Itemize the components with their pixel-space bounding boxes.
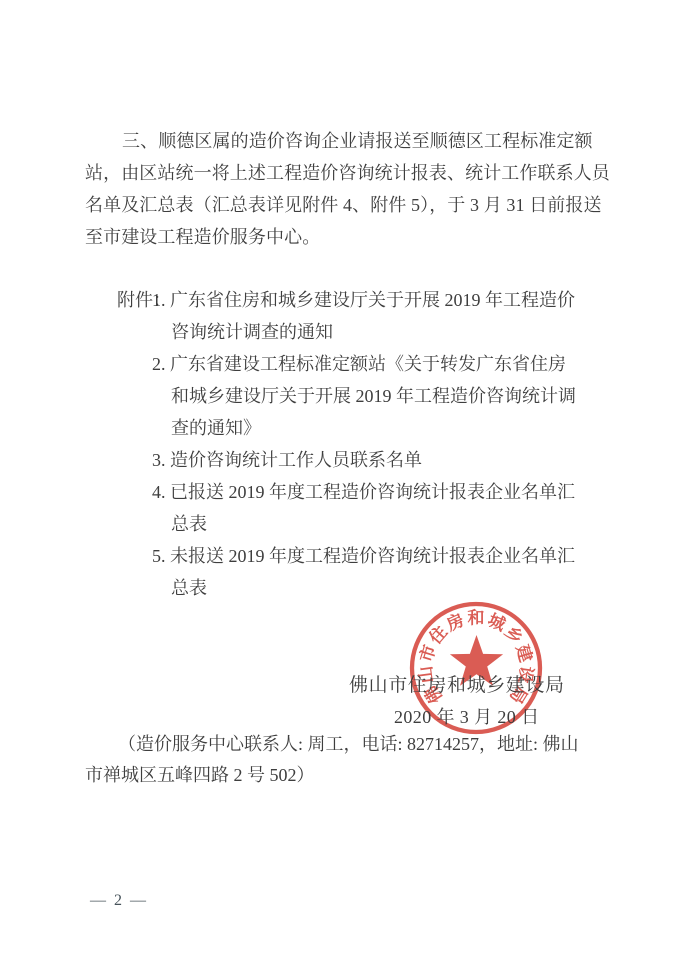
page-number: — 2 — (90, 892, 148, 910)
contact-line: （造价服务中心联系人: 周工，电话: 82714257，地址: 佛山 (85, 729, 625, 760)
main-paragraph: 三、顺德区属的造价咨询企业请报送至顺德区工程标准定额 站，由区站统一将上述工程造… (85, 125, 625, 253)
attachment-line: 总表 (171, 508, 622, 540)
issue-date: 2020 年 3 月 20 日 (394, 702, 540, 732)
attachment-line: 3. 造价咨询统计工作人员联系名单 (152, 444, 622, 476)
attachment-line: 总表 (171, 572, 622, 604)
paragraph-line: 名单及汇总表（汇总表详见附件 4、附件 5），于 3 月 31 日前报送 (85, 189, 625, 221)
paragraph-line: 三、顺德区属的造价咨询企业请报送至顺德区工程标准定额 (85, 125, 625, 157)
seal-arc-char: 市 (416, 642, 440, 664)
attachment-line: 和城乡建设厅关于开展 2019 年工程造价咨询统计调 (171, 380, 622, 412)
seal-arc-char: 和 (468, 609, 485, 628)
paragraph-line: 站，由区站统一将上述工程造价咨询统计报表、统计工作联系人员 (85, 157, 625, 189)
attachment-line: 咨询统计调查的通知 (171, 316, 622, 348)
document-page: 三、顺德区属的造价咨询企业请报送至顺德区工程标准定额 站，由区站统一将上述工程造… (0, 0, 680, 962)
attachment-line: 5. 未报送 2019 年度工程造价咨询统计报表企业名单汇 (152, 540, 622, 572)
attachment-line: 4. 已报送 2019 年度工程造价咨询统计报表企业名单汇 (152, 476, 622, 508)
attachment-line: 2. 广东省建设工程标准定额站《关于转发广东省住房 (152, 348, 622, 380)
attachment-line: 1. 广东省住房和城乡建设厅关于开展 2019 年工程造价 (152, 284, 622, 316)
agency-signature: 佛山市住房和城乡建设局 (349, 671, 565, 701)
seal-arc-char: 乡 (501, 622, 527, 648)
seal-arc-char: 房 (442, 609, 467, 635)
attachments-list: 1. 广东省住房和城乡建设厅关于开展 2019 年工程造价 咨询统计调查的通知 … (152, 284, 622, 604)
seal-arc-char: 建 (512, 642, 536, 664)
contact-line: 市禅城区五峰四路 2 号 502） (85, 760, 625, 791)
attachment-line: 查的通知》 (171, 412, 622, 444)
contact-note: （造价服务中心联系人: 周工，电话: 82714257，地址: 佛山 市禅城区五… (85, 729, 625, 791)
seal-arc-char: 城 (485, 610, 509, 635)
seal-arc-char: 住 (425, 622, 451, 648)
paragraph-line: 至市建设工程造价服务中心。 (85, 221, 625, 253)
